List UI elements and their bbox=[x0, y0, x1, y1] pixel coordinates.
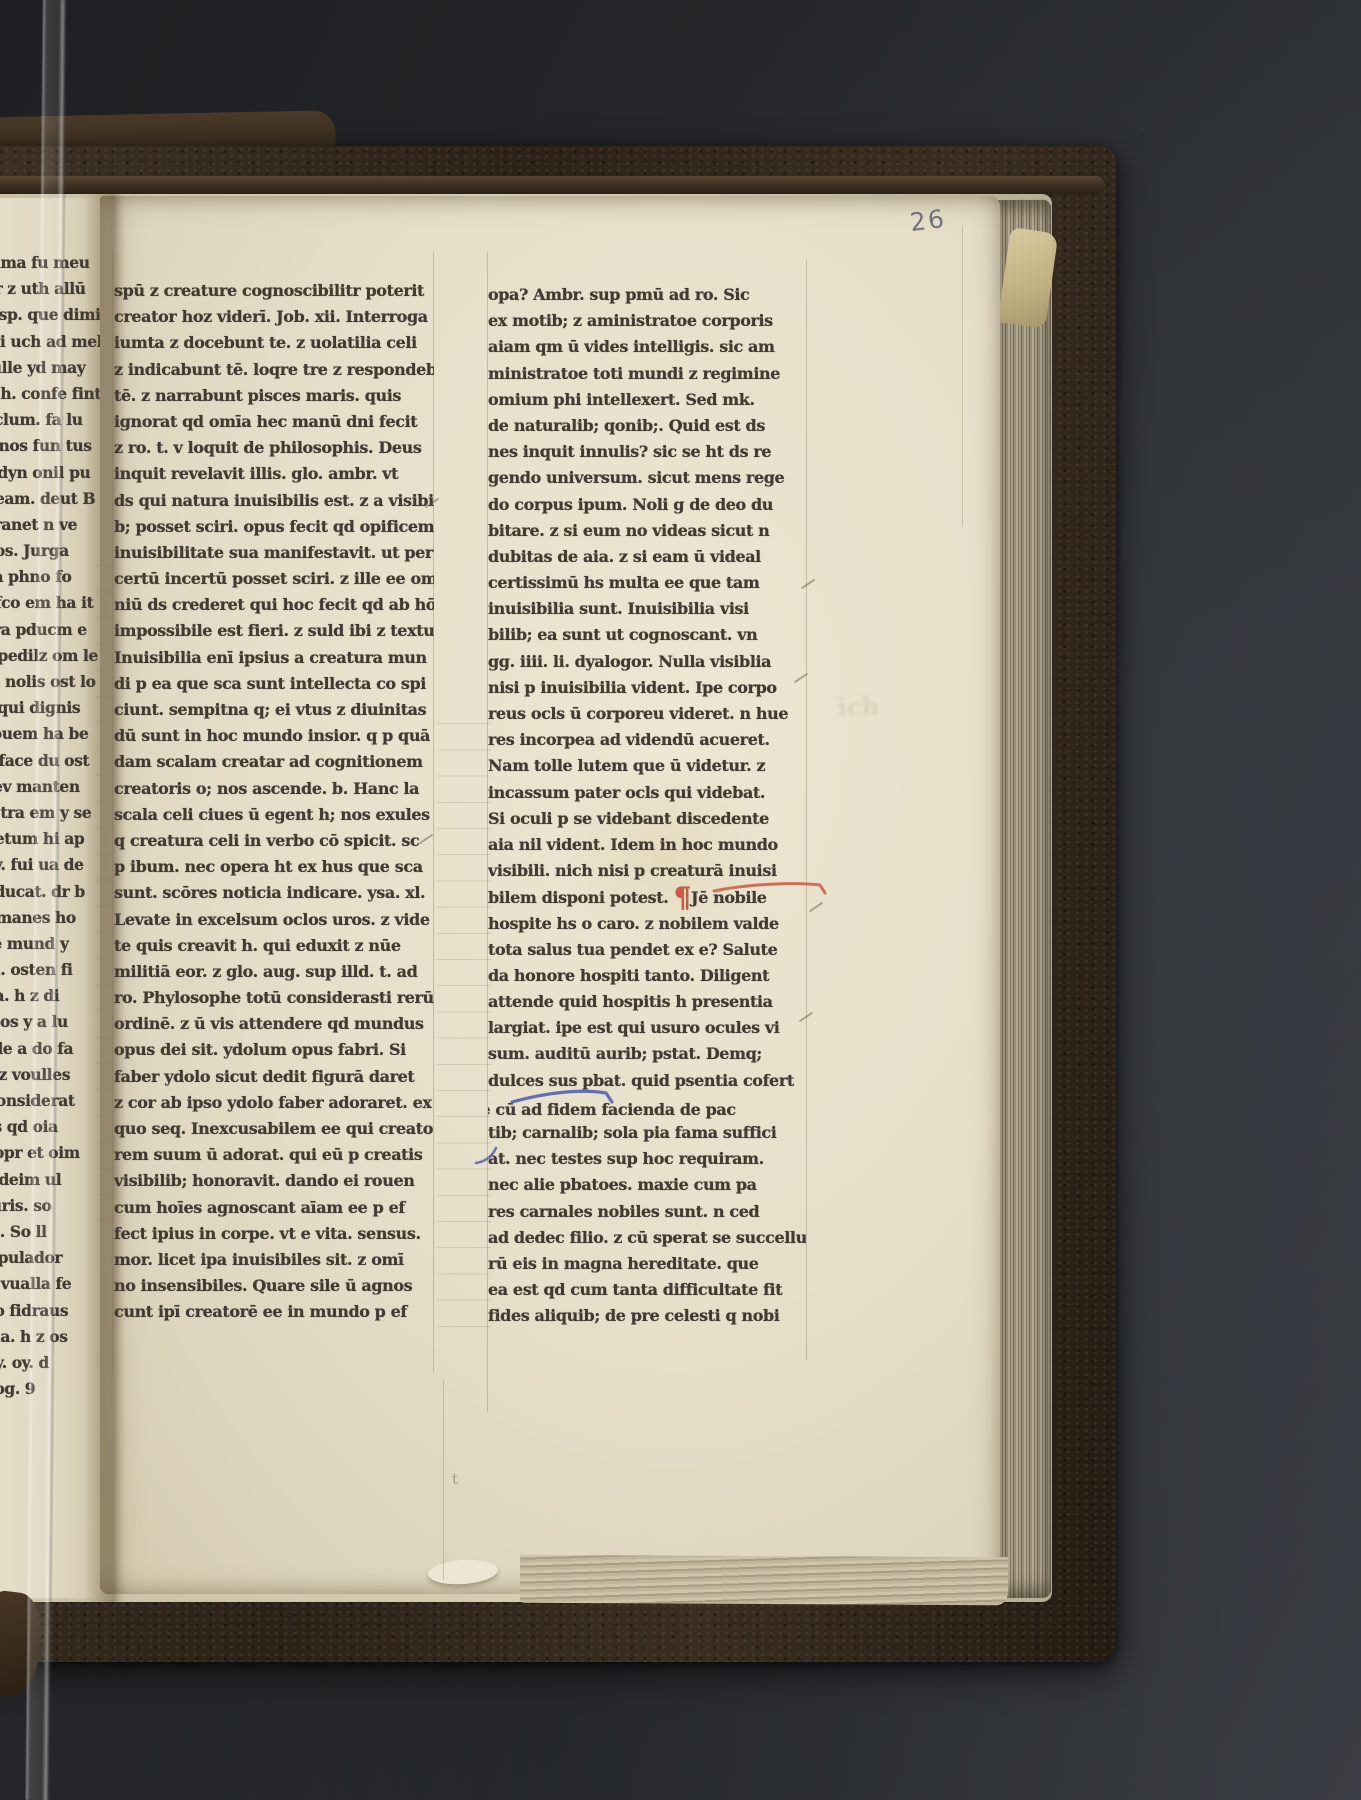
manuscript-photo: llima fu meudr z uth allūa sp. que dimin… bbox=[0, 0, 1361, 1800]
blue-flourish-line bbox=[512, 1091, 612, 1102]
paraph-flourishes bbox=[0, 0, 1361, 1800]
red-flourish-line bbox=[714, 884, 825, 893]
blue-flourish-tail bbox=[476, 1148, 496, 1163]
ink-show-through: īch bbox=[838, 691, 880, 721]
pencil-mark: t bbox=[452, 1470, 458, 1488]
